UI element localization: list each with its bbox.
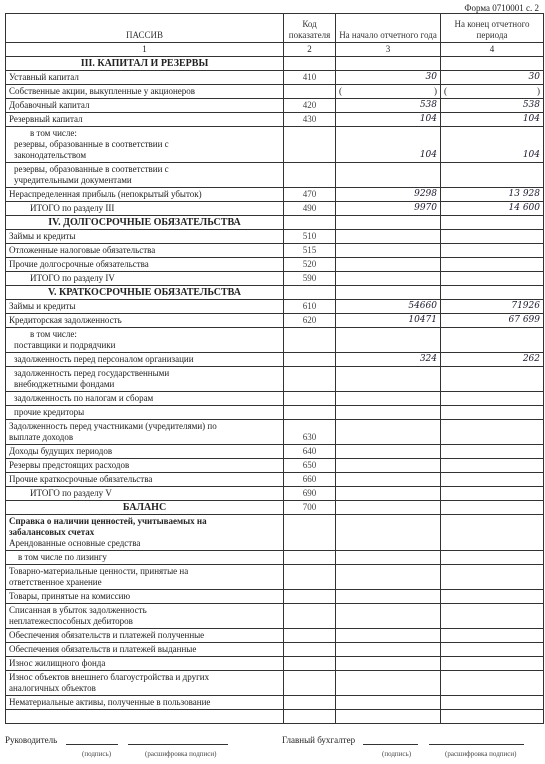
row-label: Отложенные налоговые обязательства [6, 244, 284, 258]
col-number-4: 4 [441, 43, 544, 57]
row-label: Списанная в убыток задолженностьнеплатеж… [6, 604, 284, 629]
row-label: Резервный капитал [6, 113, 284, 127]
table-row: V. КРАТКОСРОЧНЫЕ ОБЯЗАТЕЛЬСТВА [6, 286, 544, 300]
row-label-line: Обеспечения обязательств и платежей выда… [9, 644, 280, 655]
value-start-of-year[interactable] [336, 590, 441, 604]
row-code: 630 [284, 420, 336, 445]
row-label-line: задолженность перед персоналом организац… [14, 354, 280, 365]
value-start-of-year[interactable]: 9298 [336, 188, 441, 202]
table-row: Износ жилищного фонда [6, 657, 544, 671]
row-label: прочие кредиторы [6, 406, 284, 420]
liabilities-balance-table: ПАССИВ Код показателя На начало отчетног… [5, 13, 544, 724]
row-label-line: в том числе: [14, 329, 280, 340]
row-label-line: БАЛАНС [9, 502, 280, 513]
value-end-of-period[interactable] [441, 487, 544, 501]
value-end-of-period[interactable] [441, 590, 544, 604]
table-row: Добавочный капитал420538538 [6, 99, 544, 113]
row-code [284, 604, 336, 629]
row-label-line: III. КАПИТАЛ И РЕЗЕРВЫ [9, 58, 280, 69]
row-label-line: Износ объектов внешнего благоустройства … [9, 672, 280, 683]
value-end-of-period[interactable] [441, 710, 544, 724]
value-end-of-period[interactable] [441, 420, 544, 445]
row-label-line: Обеспечения обязательств и платежей полу… [9, 630, 280, 641]
value-start-of-year[interactable]: 538 [336, 99, 441, 113]
row-code: 610 [284, 300, 336, 314]
row-label-line: в том числе по лизингу [18, 552, 280, 563]
value-start-of-year[interactable] [336, 328, 441, 353]
value-end-of-period[interactable] [441, 643, 544, 657]
value-end-of-period[interactable] [441, 629, 544, 643]
row-code [284, 353, 336, 367]
row-label-line: задолженность перед государственными [14, 368, 280, 379]
value-end-of-period[interactable]: () [441, 85, 544, 99]
row-label: Резервы предстоящих расходов [6, 459, 284, 473]
row-code [284, 643, 336, 657]
row-code: 690 [284, 487, 336, 501]
value-start-of-year[interactable] [336, 643, 441, 657]
value-start-of-year[interactable] [336, 367, 441, 392]
accountant-decoding-field[interactable] [429, 744, 524, 745]
row-label: ИТОГО по разделу IV [6, 272, 284, 286]
row-label-line: резервы, образованные в соответствии с [14, 139, 280, 150]
row-label: Добавочный капитал [6, 99, 284, 113]
value-start-of-year[interactable] [336, 710, 441, 724]
value-start-of-year[interactable] [336, 696, 441, 710]
row-label: Задолженность перед участниками (учредит… [6, 420, 284, 445]
row-label-line: резервы, образованные в соответствии с [14, 164, 280, 175]
value-start-of-year[interactable] [336, 216, 441, 230]
row-label-line: выплате доходов [9, 432, 280, 443]
row-label: Прочие краткосрочные обязательства [6, 473, 284, 487]
row-label: в том числе:поставщики и подрядчики [6, 328, 284, 353]
row-label-line: Нематериальные активы, полученные в поль… [9, 697, 280, 708]
value-start-of-year[interactable] [336, 604, 441, 629]
value-end-of-period[interactable] [441, 286, 544, 300]
row-label: Уставный капитал [6, 71, 284, 85]
value-start-of-year[interactable]: () [336, 85, 441, 99]
table-row: Прочие долгосрочные обязательства520 [6, 258, 544, 272]
row-label-line: ИТОГО по разделу III [30, 203, 280, 214]
value-start-of-year[interactable] [336, 501, 441, 515]
row-label: Товары, принятые на комиссию [6, 590, 284, 604]
value-start-of-year[interactable] [336, 258, 441, 272]
director-decoding-caption: (расшифровка подписи) [145, 750, 216, 758]
row-label-line: забалансовых счетах [9, 527, 280, 538]
row-label-line: Арендованные основные средства [9, 538, 280, 549]
open-paren: ( [444, 86, 447, 97]
row-label: резервы, образованные в соответствии суч… [6, 163, 284, 188]
table-row: Справка о наличии ценностей, учитываемых… [6, 515, 544, 551]
row-code [284, 286, 336, 300]
row-label-line: Задолженность перед участниками (учредит… [9, 421, 280, 432]
row-label: Обеспечения обязательств и платежей полу… [6, 629, 284, 643]
row-code [284, 367, 336, 392]
accountant-signature-caption: (подпись) [382, 750, 411, 758]
row-code: 620 [284, 314, 336, 328]
value-start-of-year[interactable] [336, 487, 441, 501]
table-row: Обеспечения обязательств и платежей выда… [6, 643, 544, 657]
value-end-of-period[interactable] [441, 565, 544, 590]
accountant-signature-field[interactable] [363, 744, 418, 745]
row-label: Прочие долгосрочные обязательства [6, 258, 284, 272]
row-code [284, 127, 336, 163]
value-start-of-year[interactable] [336, 272, 441, 286]
value-start-of-year[interactable] [336, 57, 441, 71]
value-end-of-period[interactable]: 262 [441, 353, 544, 367]
row-label-line: задолженность по налогам и сборам [14, 393, 280, 404]
accountant-label: Главный бухгалтер [282, 735, 355, 745]
value-start-of-year[interactable]: 104 [336, 127, 441, 163]
row-label-line: аналогичных объектов [9, 683, 280, 694]
director-signature-field[interactable] [66, 744, 118, 745]
col-number-1: 1 [6, 43, 284, 57]
value-start-of-year[interactable] [336, 671, 441, 696]
row-label-line: Резервный капитал [9, 114, 280, 125]
value-end-of-period[interactable] [441, 272, 544, 286]
col-number-2: 2 [284, 43, 336, 57]
row-label [6, 710, 284, 724]
director-decoding-field[interactable] [128, 744, 228, 745]
value-start-of-year[interactable] [336, 420, 441, 445]
row-label: Займы и кредиты [6, 230, 284, 244]
row-label: задолженность перед персоналом организац… [6, 353, 284, 367]
table-row: в том числе по лизингу [6, 551, 544, 565]
value-end-of-period[interactable] [441, 459, 544, 473]
table-row: в том числе:поставщики и подрядчики [6, 328, 544, 353]
row-code [284, 216, 336, 230]
row-label: в том числе по лизингу [6, 551, 284, 565]
row-code [284, 565, 336, 590]
row-label: Нематериальные активы, полученные в поль… [6, 696, 284, 710]
row-label: Справка о наличии ценностей, учитываемых… [6, 515, 284, 551]
table-row: резервы, образованные в соответствии суч… [6, 163, 544, 188]
row-label: IV. ДОЛГОСРОЧНЫЕ ОБЯЗАТЕЛЬСТВА [6, 216, 284, 230]
value-end-of-period[interactable]: 104 [441, 127, 544, 163]
row-code: 410 [284, 71, 336, 85]
row-label-line: Справка о наличии ценностей, учитываемых… [9, 516, 280, 527]
row-code: 650 [284, 459, 336, 473]
value-start-of-year[interactable] [336, 657, 441, 671]
value-end-of-period[interactable] [441, 473, 544, 487]
table-row: Кредиторская задолженность6201047167 699 [6, 314, 544, 328]
value-end-of-period[interactable] [441, 445, 544, 459]
row-label-line: неплатежеспособных дебиторов [9, 616, 280, 627]
row-code [284, 85, 336, 99]
value-start-of-year[interactable] [336, 244, 441, 258]
table-row: Списанная в убыток задолженностьнеплатеж… [6, 604, 544, 629]
table-row: Нераспределенная прибыль (непокрытый убы… [6, 188, 544, 202]
row-label-line: Добавочный капитал [9, 100, 280, 111]
value-start-of-year[interactable]: 104 [336, 113, 441, 127]
row-label-line: Доходы будущих периодов [9, 446, 280, 457]
table-row: Резервный капитал430104104 [6, 113, 544, 127]
row-label-line: в том числе: [14, 128, 280, 139]
row-label: Доходы будущих периодов [6, 445, 284, 459]
header-start-of-year: На начало отчетного года [336, 14, 441, 43]
value-end-of-period[interactable] [441, 230, 544, 244]
row-code: 490 [284, 202, 336, 216]
table-row: Уставный капитал4103030 [6, 71, 544, 85]
value-start-of-year[interactable]: 54660 [336, 300, 441, 314]
value-end-of-period[interactable]: 104 [441, 113, 544, 127]
row-label: Обеспечения обязательств и платежей выда… [6, 643, 284, 657]
row-label-line: ИТОГО по разделу V [30, 488, 280, 499]
director-signature: Руководитель [5, 735, 228, 745]
row-code: 420 [284, 99, 336, 113]
value-start-of-year[interactable] [336, 629, 441, 643]
row-label: в том числе:резервы, образованные в соот… [6, 127, 284, 163]
value-start-of-year[interactable] [336, 445, 441, 459]
row-label: Износ объектов внешнего благоустройства … [6, 671, 284, 696]
header-code: Код показателя [284, 14, 336, 43]
row-code [284, 515, 336, 551]
column-number-row: 1 2 3 4 [6, 43, 544, 57]
table-row: Обеспечения обязательств и платежей полу… [6, 629, 544, 643]
value-start-of-year[interactable] [336, 515, 441, 551]
value-end-of-period[interactable] [441, 57, 544, 71]
row-code [284, 406, 336, 420]
close-paren: ) [434, 86, 437, 97]
row-label-line: Займы и кредиты [9, 301, 280, 312]
table-row: Товарно-материальные ценности, принятые … [6, 565, 544, 590]
table-row: БАЛАНС700 [6, 501, 544, 515]
header-row: ПАССИВ Код показателя На начало отчетног… [6, 14, 544, 43]
value-end-of-period[interactable] [441, 244, 544, 258]
row-label-line: Износ жилищного фонда [9, 658, 280, 669]
value-start-of-year[interactable]: 9970 [336, 202, 441, 216]
value-start-of-year[interactable]: 30 [336, 71, 441, 85]
table-row: Нематериальные активы, полученные в поль… [6, 696, 544, 710]
value-end-of-period[interactable] [441, 367, 544, 392]
row-label: задолженность по налогам и сборам [6, 392, 284, 406]
row-code [284, 657, 336, 671]
row-label-line: поставщики и подрядчики [14, 340, 280, 351]
table-row: Задолженность перед участниками (учредит… [6, 420, 544, 445]
table-row: в том числе:резервы, образованные в соот… [6, 127, 544, 163]
col-number-3: 3 [336, 43, 441, 57]
table-row: задолженность по налогам и сборам [6, 392, 544, 406]
row-label-line: Резервы предстоящих расходов [9, 460, 280, 471]
value-end-of-period[interactable] [441, 671, 544, 696]
row-label-line: V. КРАТКОСРОЧНЫЕ ОБЯЗАТЕЛЬСТВА [9, 287, 280, 298]
value-end-of-period[interactable] [441, 392, 544, 406]
row-label-line: Собственные акции, выкупленные у акционе… [9, 86, 280, 97]
value-end-of-period[interactable] [441, 551, 544, 565]
row-code [284, 57, 336, 71]
row-code: 430 [284, 113, 336, 127]
close-paren: ) [537, 86, 540, 97]
row-code [284, 551, 336, 565]
row-label-line: Отложенные налоговые обязательства [9, 245, 280, 256]
open-paren: ( [339, 86, 342, 97]
value-start-of-year[interactable] [336, 459, 441, 473]
table-row: Резервы предстоящих расходов650 [6, 459, 544, 473]
table-row: Товары, принятые на комиссию [6, 590, 544, 604]
value-end-of-period[interactable]: 67 699 [441, 314, 544, 328]
value-end-of-period[interactable]: 14 600 [441, 202, 544, 216]
row-label: ИТОГО по разделу III [6, 202, 284, 216]
row-code [284, 710, 336, 724]
row-code: 700 [284, 501, 336, 515]
table-row: Прочие краткосрочные обязательства660 [6, 473, 544, 487]
row-label: Нераспределенная прибыль (непокрытый убы… [6, 188, 284, 202]
table-row: Износ объектов внешнего благоустройства … [6, 671, 544, 696]
table-row: задолженность перед государственнымивнеб… [6, 367, 544, 392]
value-end-of-period[interactable] [441, 501, 544, 515]
row-label: БАЛАНС [6, 501, 284, 515]
value-end-of-period[interactable]: 30 [441, 71, 544, 85]
table-row: Собственные акции, выкупленные у акционе… [6, 85, 544, 99]
value-start-of-year[interactable] [336, 392, 441, 406]
row-label-line: Уставный капитал [9, 72, 280, 83]
row-code [284, 590, 336, 604]
row-code [284, 696, 336, 710]
form-number: Форма 0710001 с. 2 [464, 3, 539, 13]
row-label-line: Товарно-материальные ценности, принятые … [9, 566, 280, 577]
value-end-of-period[interactable] [441, 515, 544, 551]
table-row: прочие кредиторы [6, 406, 544, 420]
row-label-line: ИТОГО по разделу IV [30, 273, 280, 284]
row-label-line: Кредиторская задолженность [9, 315, 280, 326]
table-row: IV. ДОЛГОСРОЧНЫЕ ОБЯЗАТЕЛЬСТВА [6, 216, 544, 230]
value-end-of-period[interactable]: 538 [441, 99, 544, 113]
value-start-of-year[interactable] [336, 551, 441, 565]
value-end-of-period[interactable] [441, 406, 544, 420]
row-label: V. КРАТКОСРОЧНЫЕ ОБЯЗАТЕЛЬСТВА [6, 286, 284, 300]
row-label-line: законодательством [14, 150, 280, 161]
row-code [284, 328, 336, 353]
value-end-of-period[interactable]: 13 928 [441, 188, 544, 202]
row-code: 640 [284, 445, 336, 459]
table-row: Займы и кредиты510 [6, 230, 544, 244]
value-start-of-year[interactable]: 324 [336, 353, 441, 367]
row-label-line: Прочие краткосрочные обязательства [9, 474, 280, 485]
table-row: Доходы будущих периодов640 [6, 445, 544, 459]
row-label: Займы и кредиты [6, 300, 284, 314]
row-code: 520 [284, 258, 336, 272]
row-label-line: прочие кредиторы [14, 407, 280, 418]
row-code [284, 163, 336, 188]
value-start-of-year[interactable] [336, 565, 441, 590]
row-label: Товарно-материальные ценности, принятые … [6, 565, 284, 590]
row-code: 470 [284, 188, 336, 202]
value-start-of-year[interactable] [336, 286, 441, 300]
value-end-of-period[interactable] [441, 216, 544, 230]
table-row [6, 710, 544, 724]
row-code: 515 [284, 244, 336, 258]
value-end-of-period[interactable] [441, 258, 544, 272]
row-code [284, 671, 336, 696]
row-code [284, 392, 336, 406]
table-row: Займы и кредиты6105466071926 [6, 300, 544, 314]
table-row: ИТОГО по разделу IV590 [6, 272, 544, 286]
value-end-of-period[interactable]: 71926 [441, 300, 544, 314]
row-label-line: Займы и кредиты [9, 231, 280, 242]
director-signature-caption: (подпись) [82, 750, 111, 758]
row-code: 590 [284, 272, 336, 286]
value-start-of-year[interactable]: 10471 [336, 314, 441, 328]
value-start-of-year[interactable] [336, 406, 441, 420]
accountant-signature: Главный бухгалтер [282, 735, 524, 745]
director-label: Руководитель [5, 735, 57, 745]
row-label-line: учредительными документами [14, 175, 280, 186]
row-label-line: Прочие долгосрочные обязательства [9, 259, 280, 270]
row-label-line: Нераспределенная прибыль (непокрытый убы… [9, 189, 280, 200]
table-row: Отложенные налоговые обязательства515 [6, 244, 544, 258]
value-start-of-year[interactable] [336, 473, 441, 487]
row-label-line: IV. ДОЛГОСРОЧНЫЕ ОБЯЗАТЕЛЬСТВА [9, 217, 280, 228]
value-start-of-year[interactable] [336, 230, 441, 244]
accountant-decoding-caption: (расшифровка подписи) [445, 750, 516, 758]
row-label-line: ответственное хранение [9, 577, 280, 588]
row-code: 510 [284, 230, 336, 244]
table-row: ИТОГО по разделу III490997014 600 [6, 202, 544, 216]
row-label: ИТОГО по разделу V [6, 487, 284, 501]
value-end-of-period[interactable] [441, 604, 544, 629]
value-end-of-period[interactable] [441, 163, 544, 188]
header-end-of-period: На конец отчетного периода [441, 14, 544, 43]
value-start-of-year[interactable] [336, 163, 441, 188]
row-label: Износ жилищного фонда [6, 657, 284, 671]
row-label-line: Списанная в убыток задолженность [9, 605, 280, 616]
row-code [284, 629, 336, 643]
row-label: Кредиторская задолженность [6, 314, 284, 328]
value-end-of-period[interactable] [441, 328, 544, 353]
row-label-line: внебюджетными фондами [14, 379, 280, 390]
header-liabilities: ПАССИВ [6, 14, 284, 43]
row-label: Собственные акции, выкупленные у акционе… [6, 85, 284, 99]
row-code: 660 [284, 473, 336, 487]
table-row: задолженность перед персоналом организац… [6, 353, 544, 367]
row-label: III. КАПИТАЛ И РЕЗЕРВЫ [6, 57, 284, 71]
row-label-line: Товары, принятые на комиссию [9, 591, 280, 602]
value-end-of-period[interactable] [441, 696, 544, 710]
value-end-of-period[interactable] [441, 657, 544, 671]
table-row: ИТОГО по разделу V690 [6, 487, 544, 501]
row-label: задолженность перед государственнымивнеб… [6, 367, 284, 392]
table-row: III. КАПИТАЛ И РЕЗЕРВЫ [6, 57, 544, 71]
